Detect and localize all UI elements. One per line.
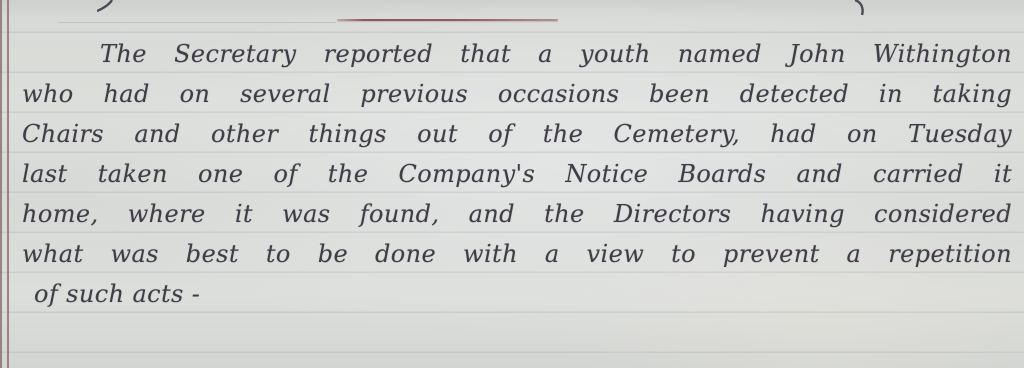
faint-rule-line xyxy=(58,22,336,23)
manuscript-line: home, where it was found, and the Direct… xyxy=(22,194,1012,234)
manuscript-line: who had on several previous occasions be… xyxy=(22,74,1012,114)
manuscript-line: Chairs and other things out of the Cemet… xyxy=(22,114,1012,154)
manuscript-text: The Secretary reported that a youth name… xyxy=(22,34,1012,314)
cropped-pen-stroke-icon xyxy=(97,0,115,12)
manuscript-line: of such acts - xyxy=(22,274,1012,314)
manuscript-line: last taken one of the Company's Notice B… xyxy=(22,154,1012,194)
manuscript-page: The Secretary reported that a youth name… xyxy=(0,0,1024,368)
manuscript-line: The Secretary reported that a youth name… xyxy=(22,34,1012,74)
cropped-pen-stroke-icon xyxy=(853,0,869,16)
scan-left-edge xyxy=(0,0,2,368)
heading-underline-rule xyxy=(337,19,558,21)
manuscript-line: what was best to be done with a view to … xyxy=(22,234,1012,274)
red-margin-line xyxy=(7,0,9,368)
